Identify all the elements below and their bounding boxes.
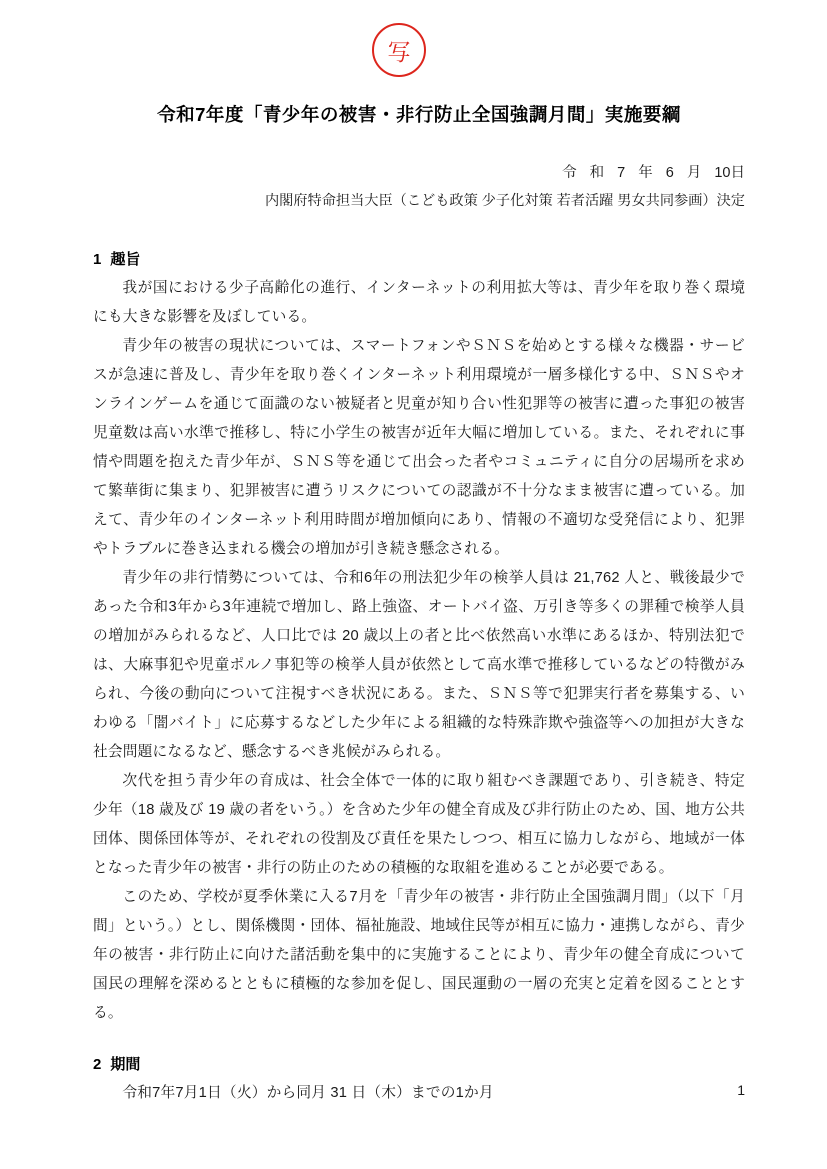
document-page: 写 令和7年度「青少年の被害・非行防止全国強調月間」実施要綱 令 和 7 年 6… bbox=[0, 0, 827, 1169]
purpose-paragraph-5: このため、学校が夏季休業に入る7月を「青少年の被害・非行防止全国強調月間」（以下… bbox=[93, 883, 745, 1028]
decision-authority: 内閣府特命担当大臣（こども政策 少子化対策 若者活躍 男女共同参画）決定 bbox=[93, 187, 745, 215]
section-purpose-heading: 1趣旨 bbox=[93, 245, 745, 274]
section-period-heading: 2期間 bbox=[93, 1050, 745, 1079]
purpose-paragraph-3: 青少年の非行情勢については、令和6年の刑法犯少年の検挙人員は 21,762 人と… bbox=[93, 564, 745, 767]
section-period: 2期間 令和7年7月1日（火）から同月 31 日（木）までの1か月 bbox=[93, 1050, 745, 1108]
section-title: 趣旨 bbox=[110, 251, 140, 268]
page-number: 1 bbox=[737, 1081, 745, 1099]
period-paragraph: 令和7年7月1日（火）から同月 31 日（木）までの1か月 bbox=[93, 1079, 745, 1108]
decision-date: 令 和 7 年 6 月 10日 bbox=[93, 159, 745, 187]
section-purpose: 1趣旨 我が国における少子高齢化の進行、インターネットの利用拡大等は、青少年を取… bbox=[93, 245, 745, 1028]
section-title: 期間 bbox=[110, 1056, 140, 1073]
section-number: 1 bbox=[93, 251, 101, 268]
purpose-paragraph-4: 次代を担う青少年の育成は、社会全体で一体的に取り組むべき課題であり、引き続き、特… bbox=[93, 767, 745, 883]
purpose-paragraph-1: 我が国における少子高齢化の進行、インターネットの利用拡大等は、青少年を取り巻く環… bbox=[93, 274, 745, 332]
purpose-paragraph-2: 青少年の被害の現状については、スマートフォンやＳＮＳを始めとする様々な機器・サー… bbox=[93, 332, 745, 564]
copy-stamp: 写 bbox=[372, 23, 426, 77]
section-number: 2 bbox=[93, 1056, 101, 1073]
copy-stamp-text: 写 bbox=[388, 34, 411, 67]
